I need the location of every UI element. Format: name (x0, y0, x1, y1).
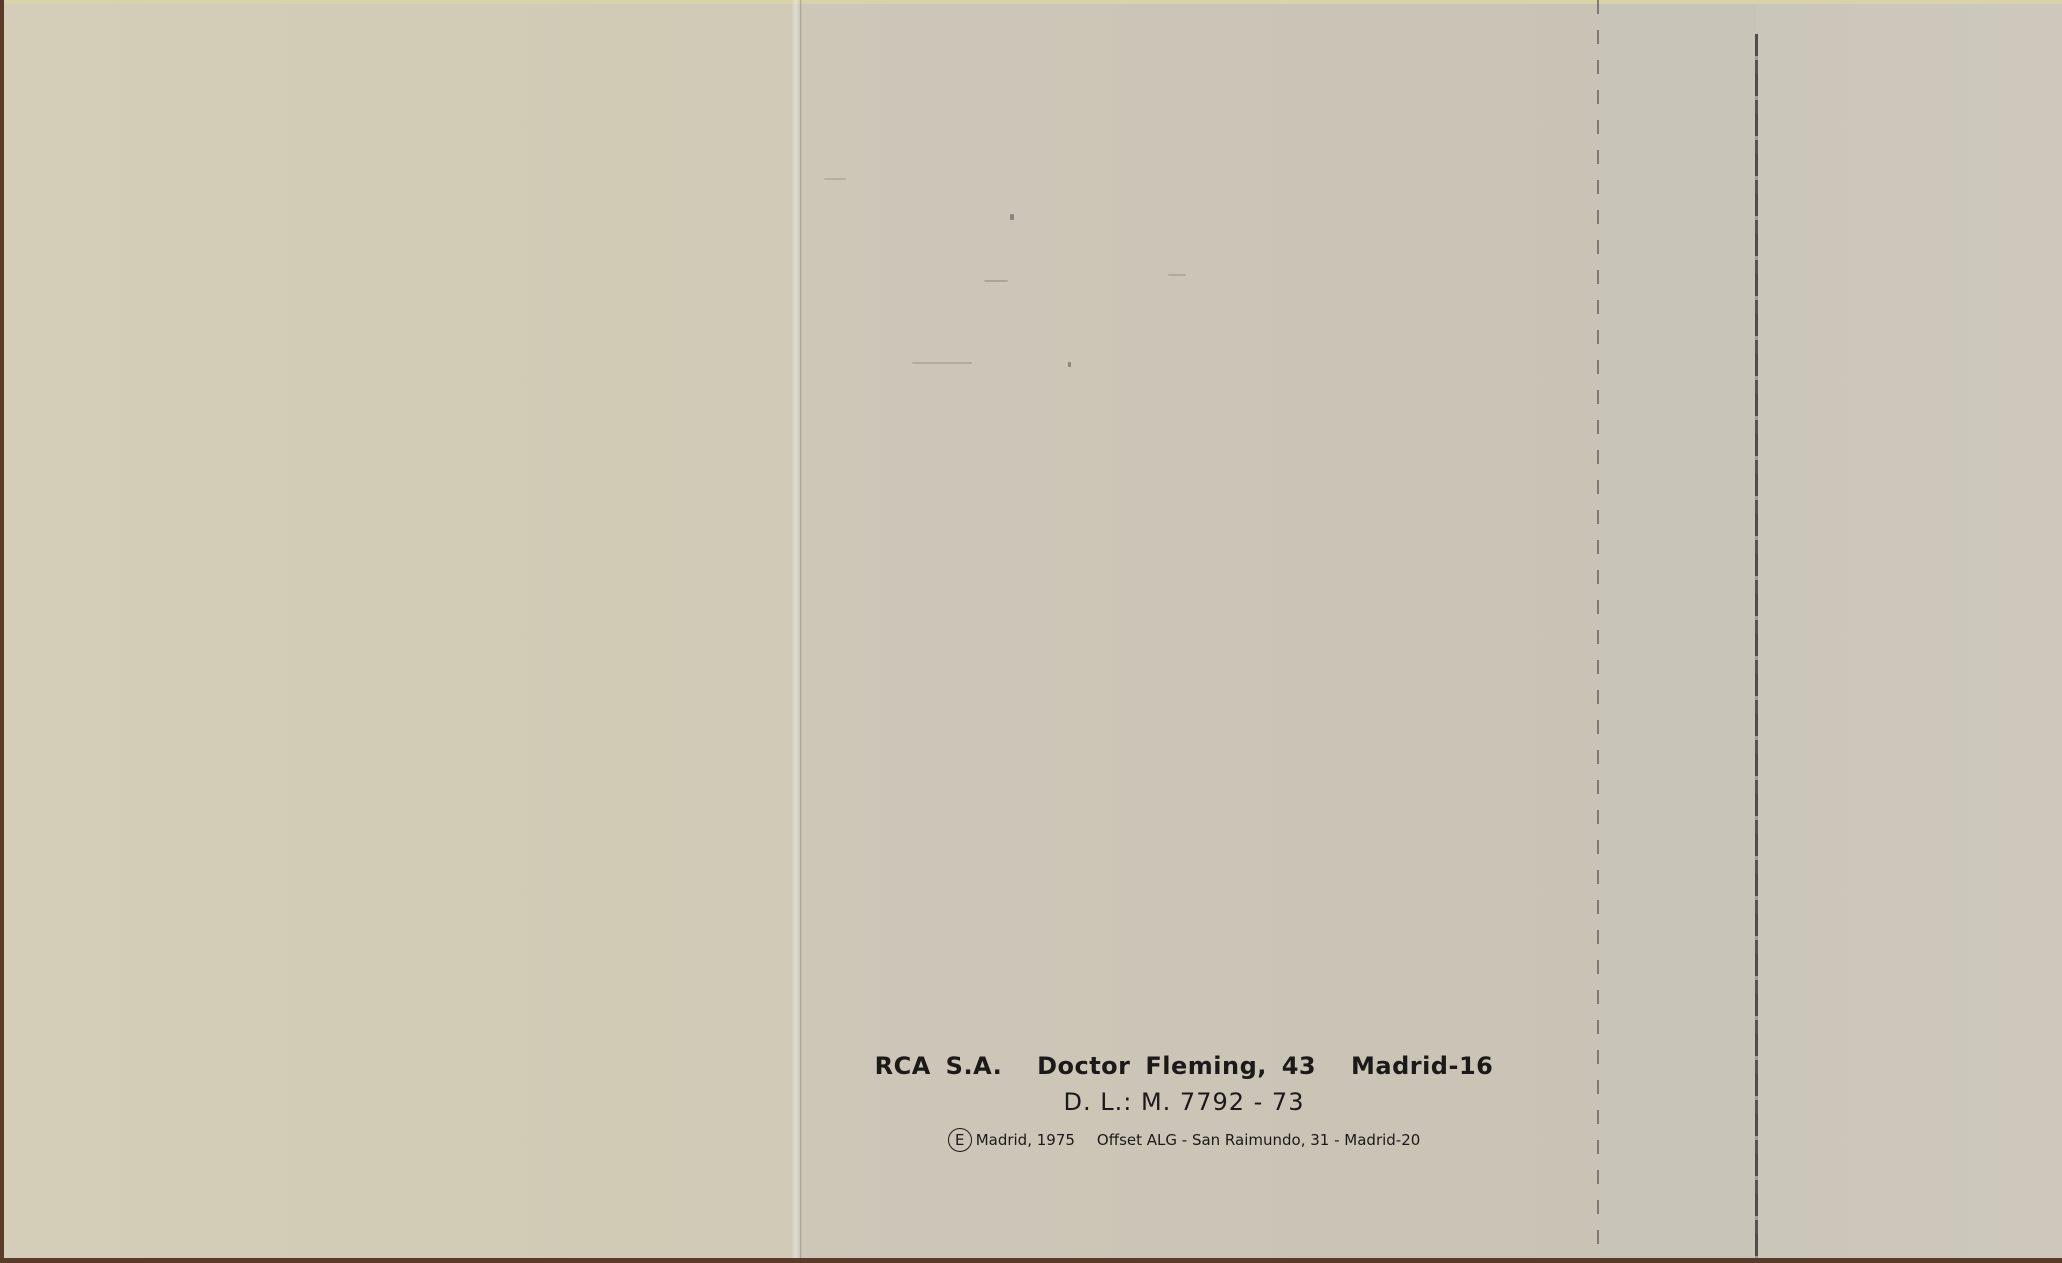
legal-deposit: D. L.: M. 7792 - 73 (864, 1088, 1504, 1116)
publisher-name: RCA S.A. (875, 1052, 1003, 1080)
speck (912, 362, 972, 364)
publisher-address: Doctor Fleming, 43 (1037, 1052, 1316, 1080)
speck (1168, 274, 1186, 276)
imprint-line-3: E Madrid, 1975 Offset ALG - San Raimundo… (864, 1128, 1504, 1152)
imprint-line-1: RCA S.A. Doctor Fleming, 43 Madrid-16 (864, 1052, 1504, 1080)
printer-credit: Offset ALG - San Raimundo, 31 - Madrid-2… (1097, 1131, 1420, 1149)
copyright-e-icon: E (948, 1128, 972, 1152)
speck (824, 178, 846, 180)
panel-flap (1756, 0, 2062, 1258)
speck (1068, 362, 1071, 367)
publisher-imprint: RCA S.A. Doctor Fleming, 43 Madrid-16 D.… (864, 1052, 1504, 1152)
speck (984, 280, 1008, 282)
panel-left (4, 0, 796, 1258)
publisher-city: Madrid-16 (1351, 1052, 1493, 1080)
fold-line-3 (1755, 34, 1758, 1258)
speck (1010, 214, 1014, 220)
fold-line-1 (790, 0, 802, 1258)
fold-line-2 (1597, 0, 1599, 1258)
insert-sheet: RCA S.A. Doctor Fleming, 43 Madrid-16 D.… (4, 0, 2062, 1258)
top-edge (4, 0, 2062, 4)
panel-spine (1599, 0, 1756, 1258)
place-year: Madrid, 1975 (976, 1131, 1075, 1149)
